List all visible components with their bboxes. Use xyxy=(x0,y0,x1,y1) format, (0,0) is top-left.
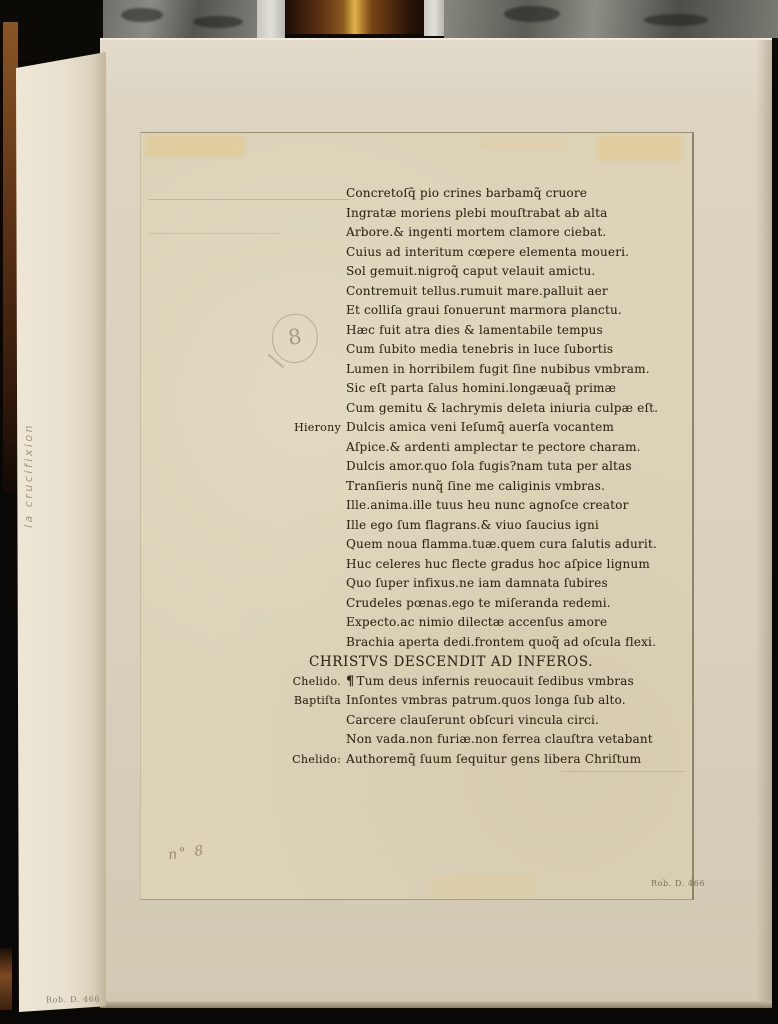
poem-line: Crudeles pœnas.ego te miſeranda redemi. xyxy=(141,596,692,616)
mat-right-shadow xyxy=(756,40,772,1008)
verse-text: Contremuit tellus.rumuit mare.palluit ae… xyxy=(346,284,608,298)
stain xyxy=(145,135,245,157)
poem-line: Cuius ad interitum cœpere elementa mouer… xyxy=(141,245,692,265)
poem-line: Quem noua flamma.tuæ.quem cura ſalutis a… xyxy=(141,537,692,557)
mat-bottom-edge xyxy=(100,1001,772,1008)
poem-line: Brachia aperta dedi.frontem quoq̃ ad oſc… xyxy=(141,635,692,655)
poem-line: Chelido.¶Tum deus infernis reuocauit ſed… xyxy=(141,674,692,694)
verse-text: Cum gemitu & lachrymis deleta iniuria cu… xyxy=(346,401,658,415)
wood-frame-left-sliver xyxy=(3,22,18,492)
verse-text: Ingratæ moriens plebi mouſtrabat ab alta xyxy=(346,206,607,220)
verse-text: Cum ſubito media tenebris in luce ſubort… xyxy=(346,342,613,356)
verse-text: Hæc fuit atra dies & lamentabile tempus xyxy=(346,323,603,337)
poem-line: HieronyDulcis amica veni Ieſumq̃ auerſa … xyxy=(141,420,692,440)
verse-text: Non vada.non furiæ.non ferrea clauſtra v… xyxy=(346,732,653,746)
poem-line: Et colliſa graui ſonuerunt marmora planc… xyxy=(141,303,692,323)
poem-line: Concretoſq̃ pio crines barbamq̃ cruore xyxy=(141,186,692,206)
stain xyxy=(596,135,682,161)
verse-text: Cuius ad interitum cœpere elementa mouer… xyxy=(346,245,629,259)
margin-speaker-annotation: Baptiſta xyxy=(141,694,341,707)
marble-vein xyxy=(193,16,243,28)
poem-line: Cum ſubito media tenebris in luce ſubort… xyxy=(141,342,692,362)
verse-text: Ille ego ſum flagrans.& viuo ſaucius ign… xyxy=(346,518,599,532)
stain xyxy=(429,877,535,897)
marble-vein xyxy=(644,14,708,26)
verse-text: Aſpice.& ardenti amplectar te pectore ch… xyxy=(346,440,641,454)
wood-frame-glimpse xyxy=(285,0,424,34)
poem-line: Expecto.ac nimio dilectæ accenſus amore xyxy=(141,615,692,635)
verse-text: Carcere clauſerunt obſcuri vincula circi… xyxy=(346,713,599,727)
inventory-pencil-note-page-corner: Rob. D. 466 xyxy=(651,879,705,888)
verse-text: Et colliſa graui ſonuerunt marmora planc… xyxy=(346,303,622,317)
verse-text: ¶Tum deus infernis reuocauit ſedibus vmb… xyxy=(346,674,634,689)
poem-line: Hæc fuit atra dies & lamentabile tempus xyxy=(141,323,692,343)
marble-vein xyxy=(121,8,163,22)
vertical-title-annotation: la crucifixion xyxy=(22,423,35,528)
marble-texture-left xyxy=(103,0,257,40)
wood-frame-left-sliver-bottom xyxy=(0,948,12,1010)
poem-line: Lumen in horribilem fugit ſine nubibus v… xyxy=(141,362,692,382)
verse-text: Dulcis amor.quo ſola fugis?nam tuta per … xyxy=(346,459,632,473)
verse-text: Ille.anima.ille tuus heu nunc agnoſce cr… xyxy=(346,498,629,512)
poem-line: Arbore.& ingenti mortem clamore ciebat. xyxy=(141,225,692,245)
verse-text: Sol gemuit.nigroq̃ caput velauit amictu. xyxy=(346,264,595,278)
poem-line: Ingratæ moriens plebi mouſtrabat ab alta xyxy=(141,206,692,226)
section-heading: CHRISTVS DESCENDIT AD INFEROS. xyxy=(141,654,692,674)
margin-speaker-annotation: Chelido: xyxy=(141,753,341,766)
poem-line: Ille.anima.ille tuus heu nunc agnoſce cr… xyxy=(141,498,692,518)
verse-text: Authoremq̃ ſuum ſequitur gens libera Chr… xyxy=(346,752,641,766)
poem-line: Quo ſuper infixus.ne iam damnata ſubires xyxy=(141,576,692,596)
stain xyxy=(479,135,567,150)
printed-leaf: Concretoſq̃ pio crines barbamq̃ cruoreIn… xyxy=(140,132,694,900)
plate-line xyxy=(561,771,686,772)
mat-left-flap-edge xyxy=(16,52,106,1012)
verse-text: Quo ſuper infixus.ne iam damnata ſubires xyxy=(346,576,608,590)
verse-text: Brachia aperta dedi.frontem quoq̃ ad oſc… xyxy=(346,635,656,649)
poem-line: Tranſieris nunq̃ ſine me caliginis vmbra… xyxy=(141,479,692,499)
verse-text: Inſontes vmbras patrum.quos longa ſub al… xyxy=(346,693,626,707)
frame-edge-strip xyxy=(257,0,285,38)
poem-line: Carcere clauſerunt obſcuri vincula circi… xyxy=(141,713,692,733)
margin-speaker-annotation: Chelido. xyxy=(141,675,341,688)
photo-of-mounted-incunable-leaf: Concretoſq̃ pio crines barbamq̃ cruoreIn… xyxy=(0,0,778,1024)
poem-line: Sol gemuit.nigroq̃ caput velauit amictu. xyxy=(141,264,692,284)
verse-text: Concretoſq̃ pio crines barbamq̃ cruore xyxy=(346,186,587,200)
poem-line: Dulcis amor.quo ſola fugis?nam tuta per … xyxy=(141,459,692,479)
verse-text: Dulcis amica veni Ieſumq̃ auerſa vocante… xyxy=(346,420,614,434)
poem-line: Sic eſt parta ſalus homini.longæuaq̃ pri… xyxy=(141,381,692,401)
poem-line: Contremuit tellus.rumuit mare.palluit ae… xyxy=(141,284,692,304)
verse-text: Expecto.ac nimio dilectæ accenſus amore xyxy=(346,615,607,629)
marble-texture-right xyxy=(444,0,778,38)
frame-edge-strip xyxy=(424,0,444,36)
verse-text: Quem noua flamma.tuæ.quem cura ſalutis a… xyxy=(346,537,657,551)
inventory-pencil-note-bottom-left: Rob. D. 466 xyxy=(46,995,100,1005)
poem-line: Chelido:Authoremq̃ ſuum ſequitur gens li… xyxy=(141,752,692,772)
poem-line: Non vada.non furiæ.non ferrea clauſtra v… xyxy=(141,732,692,752)
pilcrow-mark: ¶ xyxy=(346,674,354,689)
verse-text: Arbore.& ingenti mortem clamore ciebat. xyxy=(346,225,606,239)
marble-vein xyxy=(504,6,560,22)
poem-line: Cum gemitu & lachrymis deleta iniuria cu… xyxy=(141,401,692,421)
verse-text: Tranſieris nunq̃ ſine me caliginis vmbra… xyxy=(346,479,605,493)
poem-line: BaptiſtaInſontes vmbras patrum.quos long… xyxy=(141,693,692,713)
poem-line: Aſpice.& ardenti amplectar te pectore ch… xyxy=(141,440,692,460)
verse-text: Crudeles pœnas.ego te miſeranda redemi. xyxy=(346,596,611,610)
verse-text: Lumen in horribilem fugit ſine nubibus v… xyxy=(346,362,650,376)
poem-line: Huc celeres huc flecte gradus hoc aſpice… xyxy=(141,557,692,577)
heading-text: CHRISTVS DESCENDIT AD INFEROS. xyxy=(236,654,666,670)
verse-text: Sic eſt parta ſalus homini.longæuaq̃ pri… xyxy=(346,381,616,395)
margin-speaker-annotation: Hierony xyxy=(141,421,341,434)
poem-line: Ille ego ſum flagrans.& viuo ſaucius ign… xyxy=(141,518,692,538)
verse-text: Huc celeres huc flecte gradus hoc aſpice… xyxy=(346,557,650,571)
